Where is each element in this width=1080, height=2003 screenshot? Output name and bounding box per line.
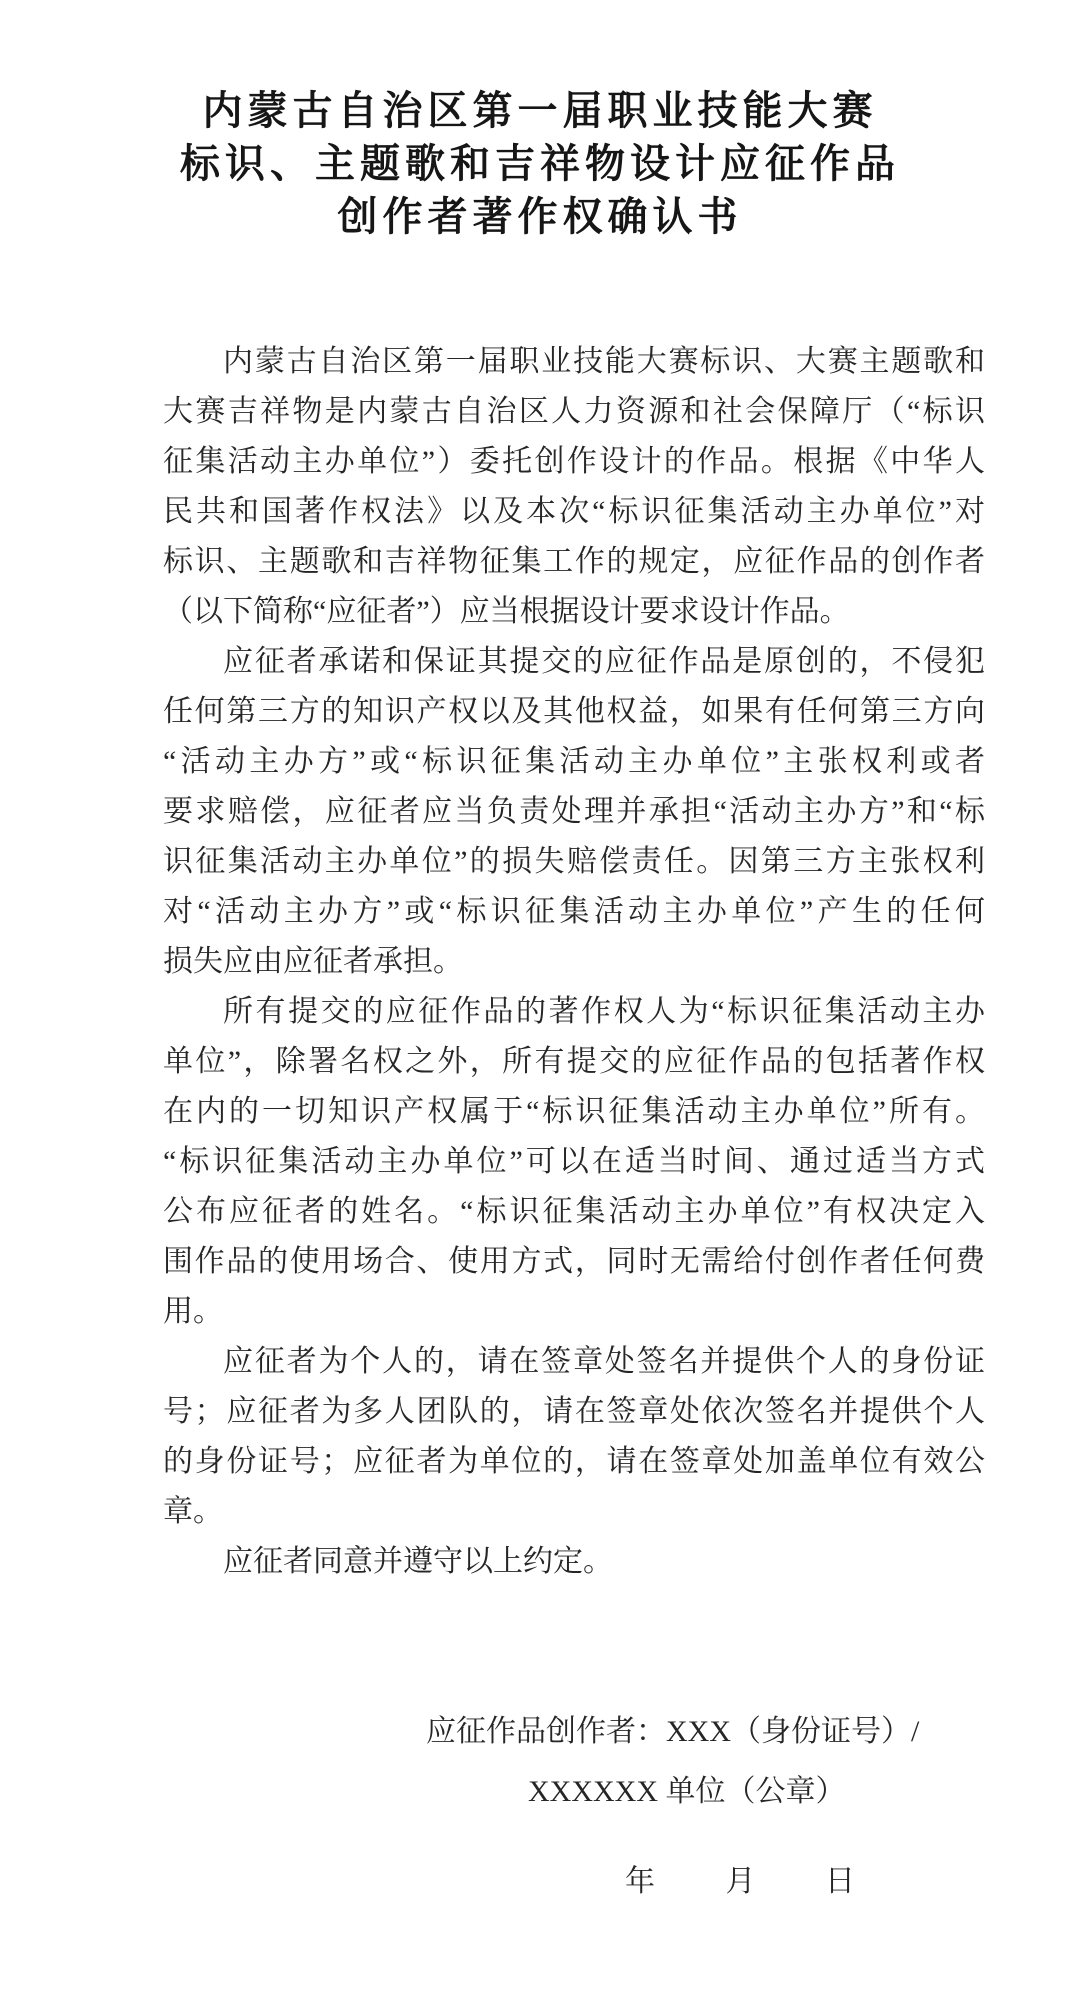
body-line: 对“活动主办方”或“标识征集活动主办单位”产生的任何 <box>163 887 985 937</box>
body-line: 识征集活动主办单位”的损失赔偿责任。因第三方主张权利 <box>163 837 985 887</box>
body-line: （以下简称“应征者”）应当根据设计要求设计作品。 <box>163 587 985 637</box>
date-month-label: 月 <box>726 1865 756 1898</box>
body-line: 章。 <box>163 1487 985 1537</box>
title-line-1: 内蒙古自治区第一届职业技能大赛 <box>0 84 1080 137</box>
date-day-label: 日 <box>825 1865 855 1898</box>
body-line: 要求赔偿，应征者应当负责处理并承担“活动主办方”和“标 <box>163 787 985 837</box>
body-line: 公布应征者的姓名。“标识征集活动主办单位”有权决定入 <box>163 1187 985 1237</box>
date-year-label: 年 <box>625 1865 655 1898</box>
document-body: 内蒙古自治区第一届职业技能大赛标识、大赛主题歌和大赛吉祥物是内蒙古自治区人力资源… <box>163 337 985 1587</box>
body-line: 单位”，除署名权之外，所有提交的应征作品的包括著作权 <box>163 1037 985 1087</box>
body-line: 号；应征者为多人团队的，请在签章处依次签名并提供个人 <box>163 1387 985 1437</box>
body-line: 应征者同意并遵守以上约定。 <box>163 1537 985 1587</box>
body-line: 的身份证号；应征者为单位的，请在签章处加盖单位有效公 <box>163 1437 985 1487</box>
body-line: 用。 <box>163 1287 985 1337</box>
body-line: 民共和国著作权法》以及本次“标识征集活动主办单位”对 <box>163 487 985 537</box>
body-line: 应征者承诺和保证其提交的应征作品是原创的，不侵犯 <box>163 637 985 687</box>
body-line: “活动主办方”或“标识征集活动主办单位”主张权利或者 <box>163 737 985 787</box>
body-line: 在内的一切知识产权属于“标识征集活动主办单位”所有。 <box>163 1087 985 1137</box>
body-line: 应征者为个人的，请在签章处签名并提供个人的身份证 <box>163 1337 985 1387</box>
body-line: 任何第三方的知识产权以及其他权益，如果有任何第三方向 <box>163 687 985 737</box>
body-line: 围作品的使用场合、使用方式，同时无需给付创作者任何费 <box>163 1237 985 1287</box>
title-line-2: 标识、主题歌和吉祥物设计应征作品 <box>0 137 1080 190</box>
signature-creator-line: 应征作品创作者：XXX（身份证号）/ <box>426 1712 919 1752</box>
signature-unit-line: XXXXXX 单位（公章） <box>528 1772 846 1812</box>
date-line: 年 月 日 <box>625 1862 855 1902</box>
body-line: 内蒙古自治区第一届职业技能大赛标识、大赛主题歌和 <box>163 337 985 387</box>
body-line: “标识征集活动主办单位”可以在适当时间、通过适当方式 <box>163 1137 985 1187</box>
body-line: 标识、主题歌和吉祥物征集工作的规定，应征作品的创作者 <box>163 537 985 587</box>
body-line: 征集活动主办单位”）委托创作设计的作品。根据《中华人 <box>163 437 985 487</box>
body-line: 损失应由应征者承担。 <box>163 937 985 987</box>
body-line: 大赛吉祥物是内蒙古自治区人力资源和社会保障厅（“标识 <box>163 387 985 437</box>
title-line-3: 创作者著作权确认书 <box>0 190 1080 243</box>
body-line: 所有提交的应征作品的著作权人为“标识征集活动主办 <box>163 987 985 1037</box>
document-page: 内蒙古自治区第一届职业技能大赛 标识、主题歌和吉祥物设计应征作品 创作者著作权确… <box>0 0 1080 2003</box>
document-title: 内蒙古自治区第一届职业技能大赛 标识、主题歌和吉祥物设计应征作品 创作者著作权确… <box>0 84 1080 243</box>
